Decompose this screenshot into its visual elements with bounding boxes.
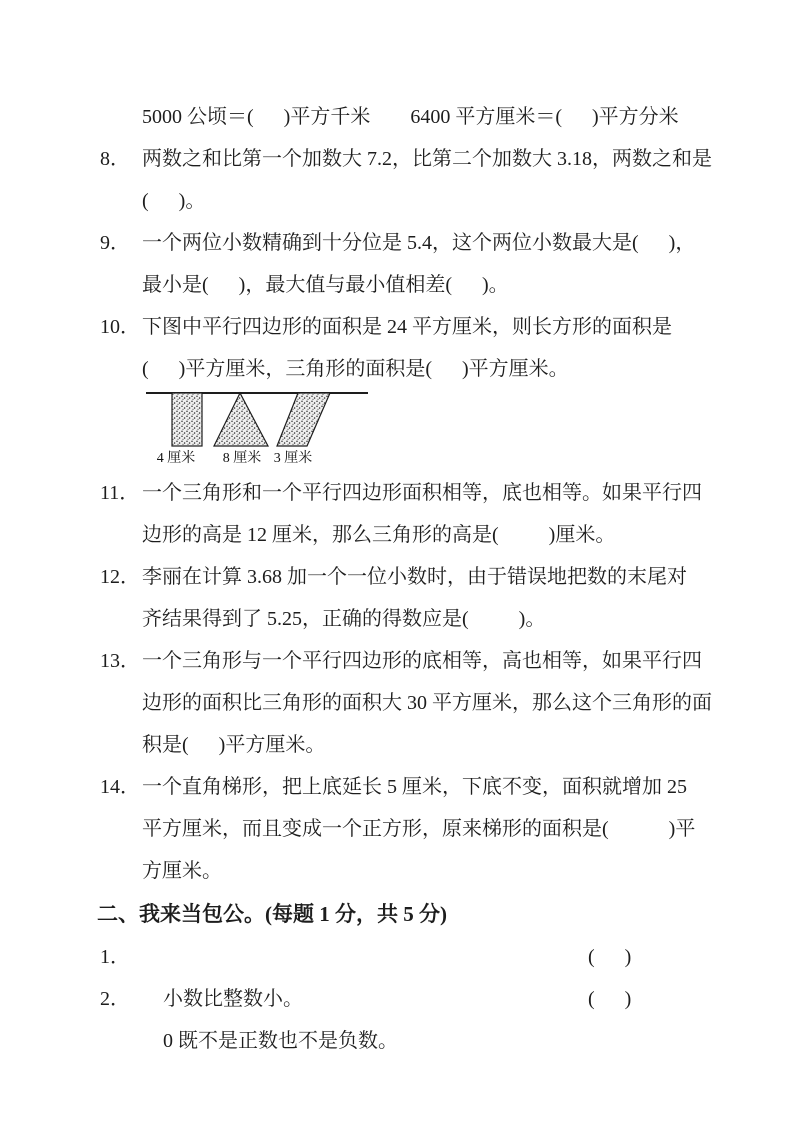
figure-label: 8 厘米 [223,449,262,466]
question-line: 10．下图中平行四边形的面积是 24 平方厘米，则长方形的面积是 [0,306,793,348]
question-line: 边形的面积比三角形的面积大 30 平方厘米，那么这个三角形的面 [0,682,793,724]
shapes-figure: 4 厘米 8 厘米 3 厘米 [0,390,793,472]
triangle-shape [214,393,268,446]
question-text: 方厘米。 [142,860,222,882]
question-text: 一个三角形与一个平行四边形的底相等，高也相等，如果平行四 [142,650,702,672]
question-text: 齐结果得到了 5.25，正确的得数应是( )。 [142,608,545,630]
answer-blank: ( ) [588,936,631,978]
question-number: 1． [100,936,130,978]
question-line: 11．一个三角形和一个平行四边形面积相等，底也相等。如果平行四 [0,472,793,514]
question-number: 8． [100,138,130,180]
question-text: ( )。 [142,190,205,212]
question-text: 最小是( )，最大值与最小值相差( )。 [142,274,509,296]
judge-item: 1．小数比整数小。( ) [0,936,793,978]
question-text: 李丽在计算 3.68 加一个一位小数时，由于错误地把数的末尾对 [142,566,687,588]
question-line: 5000 公顷＝( )平方千米 6400 平方厘米＝( )平方分米 [0,96,793,138]
question-number: 14． [100,766,140,808]
question-line: 最小是( )，最大值与最小值相差( )。 [0,264,793,306]
question-line: 12．李丽在计算 3.68 加一个一位小数时，由于错误地把数的末尾对 [0,556,793,598]
figure-label: 4 厘米 [157,449,196,466]
question-line: 方厘米。 [0,850,793,892]
question-line: ( )。 [0,180,793,222]
question-number: 12． [100,556,140,598]
question-text: 积是( )平方厘米。 [142,734,325,756]
question-number: 11． [100,472,139,514]
answer-blank: ( ) [588,978,631,1020]
question-number: 9． [100,222,130,264]
question-line: 13．一个三角形与一个平行四边形的底相等，高也相等，如果平行四 [0,640,793,682]
section-heading: 二、我来当包公。(每题 1 分，共 5 分) [0,892,793,936]
exam-content: 5000 公顷＝( )平方千米 6400 平方厘米＝( )平方分米 8．两数之和… [0,0,793,1020]
question-text: 一个直角梯形，把上底延长 5 厘米，下底不变，面积就增加 25 [142,776,687,798]
question-text: 一个三角形和一个平行四边形面积相等，底也相等。如果平行四 [142,482,702,504]
shapes-figure-svg: 4 厘米 8 厘米 3 厘米 [146,390,376,470]
question-text: 下图中平行四边形的面积是 24 平方厘米，则长方形的面积是 [142,316,672,338]
question-text: 一个两位小数精确到十分位是 5.4，这个两位小数最大是( )， [142,232,695,254]
question-text: 边形的面积比三角形的面积大 30 平方厘米，那么这个三角形的面 [142,692,712,714]
question-text: 5000 公顷＝( )平方千米 6400 平方厘米＝( )平方分米 [142,106,679,128]
figure-label: 3 厘米 [274,449,313,466]
rectangle-shape [172,393,202,446]
question-text: 两数之和比第一个加数大 7.2，比第二个加数大 3.18，两数之和是 [142,148,712,170]
question-line: 边形的高是 12 厘米，那么三角形的高是( )厘米。 [0,514,793,556]
question-number: 13． [100,640,140,682]
question-line: 积是( )平方厘米。 [0,724,793,766]
question-line: 9．一个两位小数精确到十分位是 5.4，这个两位小数最大是( )， [0,222,793,264]
parallelogram-shape [277,393,330,446]
question-text: 平方厘米，而且变成一个正方形，原来梯形的面积是( )平 [142,818,695,840]
judge-item: 2．0 既不是正数也不是负数。( ) [0,978,793,1020]
question-text: 边形的高是 12 厘米，那么三角形的高是( )厘米。 [142,524,615,546]
question-line: 齐结果得到了 5.25，正确的得数应是( )。 [0,598,793,640]
question-line: 8．两数之和比第一个加数大 7.2，比第二个加数大 3.18，两数之和是 [0,138,793,180]
question-line: 14．一个直角梯形，把上底延长 5 厘米，下底不变，面积就增加 25 [0,766,793,808]
question-text: 0 既不是正数也不是负数。 [163,1030,398,1052]
question-number: 10． [100,306,140,348]
question-line: 平方厘米，而且变成一个正方形，原来梯形的面积是( )平 [0,808,793,850]
question-text: ( )平方厘米，三角形的面积是( )平方厘米。 [142,358,569,380]
exam-page: 5000 公顷＝( )平方千米 6400 平方厘米＝( )平方分米 8．两数之和… [0,0,793,1122]
question-line: ( )平方厘米，三角形的面积是( )平方厘米。 [0,348,793,390]
question-number: 2． [100,978,130,1020]
